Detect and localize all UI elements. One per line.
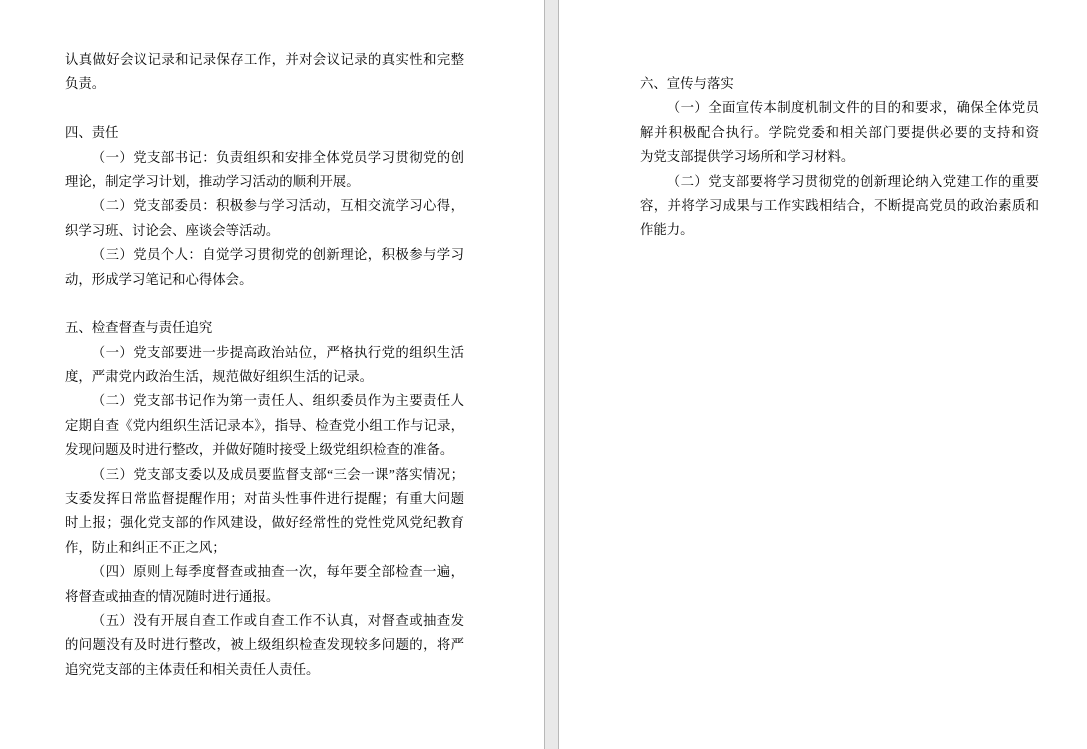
text-line: 发现问题及时进行整改，并做好随时接受上级党组织检查的准备。 xyxy=(65,438,464,462)
text-line: 定期自查《党内组织生活记录本》，指导、检查党小组工作与记录， xyxy=(65,414,464,438)
text-line: （三）党员个人：自觉学习贯彻党的创新理论，积极参与学习活 xyxy=(65,243,464,267)
page-left-text: 认真做好会议记录和记录保存工作，并对会议记录的真实性和完整性负责。四、责任（一）… xyxy=(65,48,464,682)
text-line: 追究党支部的主体责任和相关责任人责任。 xyxy=(65,658,464,682)
text-line: 容，并将学习成果与工作实践相结合，不断提高党员的政治素质和工 xyxy=(640,194,1039,218)
text-line: （五）没有开展自查工作或自查工作不认真，对督查或抽查发现 xyxy=(65,609,464,633)
blank-line xyxy=(65,292,464,316)
text-line: 支委发挥日常监督提醒作用；对苗头性事件进行提醒；有重大问题及 xyxy=(65,487,464,511)
section-heading: 六、宣传与落实 xyxy=(640,72,1039,96)
text-line: 作能力。 xyxy=(640,218,1039,242)
section-heading: 四、责任 xyxy=(65,121,464,145)
text-line: 度，严肃党内政治生活，规范做好组织生活的记录。 xyxy=(65,365,464,389)
text-line: 负责。 xyxy=(65,72,464,96)
text-line: 认真做好会议记录和记录保存工作，并对会议记录的真实性和完整性 xyxy=(65,48,464,72)
text-line: 为党支部提供学习场所和学习材料。 xyxy=(640,145,1039,169)
text-line: 将督查或抽查的情况随时进行通报。 xyxy=(65,585,464,609)
page-right-text: 六、宣传与落实（一）全面宣传本制度机制文件的目的和要求，确保全体党员了解并积极配… xyxy=(640,72,1039,243)
text-line: 动，形成学习笔记和心得体会。 xyxy=(65,268,464,292)
text-line: 理论，制定学习计划，推动学习活动的顺利开展。 xyxy=(65,170,464,194)
text-line: 时上报；强化党支部的作风建设，做好经常性的党性党风党纪教育工 xyxy=(65,511,464,535)
blank-line xyxy=(65,97,464,121)
text-line: 解并积极配合执行。学院党委和相关部门要提供必要的支持和资源， xyxy=(640,121,1039,145)
page-gutter xyxy=(544,0,559,749)
section-heading: 五、检查督查与责任追究 xyxy=(65,316,464,340)
text-line: （一）党支部要进一步提高政治站位，严格执行党的组织生活制 xyxy=(65,341,464,365)
document-spread: 认真做好会议记录和记录保存工作，并对会议记录的真实性和完整性负责。四、责任（一）… xyxy=(0,0,1087,749)
text-line: 织学习班、讨论会、座谈会等活动。 xyxy=(65,219,464,243)
text-line: 的问题没有及时进行整改，被上级组织检查发现较多问题的，将严肃 xyxy=(65,633,464,657)
text-line: （二）党支部书记作为第一责任人、组织委员作为主要责任人要 xyxy=(65,389,464,413)
text-line: （三）党支部支委以及成员要监督支部“三会一课”落实情况； xyxy=(65,463,464,487)
text-line: 作，防止和纠正不正之风； xyxy=(65,536,464,560)
page-right[interactable]: 六、宣传与落实（一）全面宣传本制度机制文件的目的和要求，确保全体党员了解并积极配… xyxy=(559,0,1087,749)
text-line: （二）党支部委员：积极参与学习活动，互相交流学习心得，组 xyxy=(65,194,464,218)
text-line: （四）原则上每季度督查或抽查一次，每年要全部检查一遍，并 xyxy=(65,560,464,584)
text-line: （二）党支部要将学习贯彻党的创新理论纳入党建工作的重要内 xyxy=(640,170,1039,194)
page-left[interactable]: 认真做好会议记录和记录保存工作，并对会议记录的真实性和完整性负责。四、责任（一）… xyxy=(0,0,544,749)
text-line: （一）党支部书记：负责组织和安排全体党员学习贯彻党的创新 xyxy=(65,146,464,170)
text-line: （一）全面宣传本制度机制文件的目的和要求，确保全体党员了 xyxy=(640,96,1039,120)
